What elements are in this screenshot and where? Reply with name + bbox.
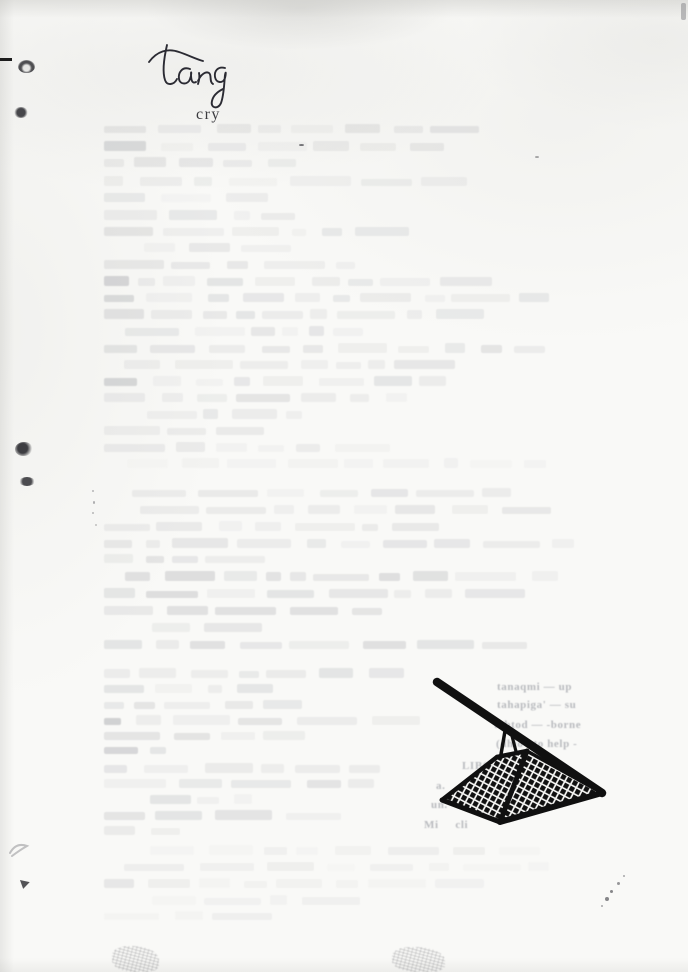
faded-word <box>470 460 512 467</box>
faded-word <box>196 379 222 386</box>
faded-word <box>138 278 155 286</box>
faded-word <box>215 810 273 820</box>
faded-word <box>167 428 206 435</box>
faded-word <box>104 812 145 821</box>
faded-word <box>203 311 226 319</box>
faded-word <box>261 213 295 220</box>
faded-word <box>179 158 213 167</box>
faded-word <box>234 211 250 220</box>
faded-word <box>363 641 405 649</box>
dot-column <box>93 501 95 504</box>
faded-word <box>349 765 380 773</box>
faded-word <box>150 345 195 353</box>
faded-word <box>104 378 137 386</box>
faded-word <box>524 460 546 468</box>
faded-word <box>514 346 545 353</box>
faded-word <box>407 310 421 319</box>
faded-word <box>158 125 201 133</box>
faded-text-line <box>104 442 400 452</box>
faded-word <box>144 243 174 252</box>
faded-word <box>410 143 444 151</box>
faded-word <box>368 360 385 369</box>
faded-word <box>155 811 202 820</box>
faded-text-line <box>104 911 284 920</box>
faded-word <box>148 879 190 888</box>
faded-word <box>236 394 290 402</box>
faded-text-line <box>104 878 495 888</box>
faded-text-line <box>125 326 370 336</box>
faded-word <box>204 898 261 905</box>
faded-word <box>156 640 179 649</box>
faded-word <box>444 458 458 467</box>
faded-word <box>182 458 219 468</box>
faded-word <box>335 444 389 452</box>
faded-word <box>452 505 487 515</box>
faded-word <box>104 606 153 616</box>
faded-word <box>296 444 320 452</box>
faded-word <box>104 345 137 353</box>
faded-word <box>104 718 121 725</box>
faded-word <box>244 881 268 889</box>
faded-word <box>263 731 305 740</box>
faded-word <box>308 505 341 514</box>
faded-word <box>171 262 210 270</box>
faded-word <box>267 862 314 872</box>
faded-word <box>322 228 343 236</box>
faded-text-line <box>104 640 538 649</box>
faded-word <box>172 538 228 548</box>
faded-word <box>104 193 145 202</box>
faded-word <box>255 277 295 286</box>
faded-word <box>290 572 306 581</box>
pen-squiggle <box>8 840 32 858</box>
faded-word <box>368 879 426 889</box>
faded-word <box>369 668 403 678</box>
faded-word <box>104 426 160 435</box>
faded-word <box>297 717 357 725</box>
faded-word <box>319 378 364 386</box>
faded-word <box>360 293 410 303</box>
faded-word <box>371 489 408 497</box>
faded-word <box>258 142 307 151</box>
faded-text-line <box>104 157 303 167</box>
faded-word <box>215 607 276 615</box>
faded-word <box>125 328 180 335</box>
faded-word <box>174 733 209 741</box>
faded-text-line <box>144 243 298 252</box>
faded-word <box>463 864 521 871</box>
faded-word <box>212 913 272 920</box>
faded-word <box>307 780 341 788</box>
faded-word <box>267 590 314 598</box>
faded-text-line <box>124 360 464 369</box>
faded-word <box>258 445 284 452</box>
faded-word <box>310 309 327 319</box>
faded-word <box>274 505 295 514</box>
faded-word <box>104 779 166 787</box>
faded-word <box>421 177 467 186</box>
faded-word <box>134 157 166 167</box>
faded-word <box>336 262 355 269</box>
binding-hole-mark <box>18 60 35 73</box>
faded-word <box>164 702 210 710</box>
faded-word <box>163 228 224 236</box>
faded-word <box>197 394 226 401</box>
faded-word <box>394 590 411 598</box>
faded-word <box>144 765 188 772</box>
faded-word <box>465 589 525 599</box>
faded-text-line <box>140 505 561 515</box>
left-edge-dash <box>0 58 12 61</box>
faded-word <box>216 427 264 435</box>
faded-word <box>327 864 355 871</box>
faded-word <box>236 311 255 319</box>
faded-word <box>229 178 277 185</box>
faded-word <box>482 642 527 650</box>
faded-word <box>333 328 364 335</box>
dot-trail <box>605 897 609 901</box>
faded-word <box>216 443 248 452</box>
faded-word <box>296 847 319 855</box>
faded-word <box>455 572 516 580</box>
faded-word <box>179 779 222 788</box>
faded-word <box>237 684 272 693</box>
faded-text-line <box>104 343 551 353</box>
faded-word <box>124 360 160 369</box>
faded-word <box>348 279 373 286</box>
faded-word <box>383 459 429 468</box>
faded-word <box>203 409 217 419</box>
faded-word <box>104 669 130 678</box>
faded-word <box>312 277 340 285</box>
faded-word <box>395 505 436 515</box>
faded-word <box>173 715 230 725</box>
faded-word <box>207 589 255 598</box>
faded-word <box>162 393 183 402</box>
faded-word <box>124 864 184 872</box>
faded-word <box>362 524 378 531</box>
faded-word <box>481 345 502 353</box>
faded-word <box>146 293 193 303</box>
faded-word <box>161 194 211 202</box>
faded-word <box>290 607 338 615</box>
faded-text-line <box>104 668 415 678</box>
faded-word <box>372 716 420 725</box>
faded-word <box>361 179 412 186</box>
faded-word <box>104 295 134 302</box>
faded-word <box>104 879 134 888</box>
faded-word <box>209 345 245 353</box>
faded-word <box>336 880 357 888</box>
faded-word <box>350 394 369 402</box>
faded-text-line <box>104 810 348 820</box>
faded-word <box>499 847 540 855</box>
faded-word <box>295 765 340 773</box>
faded-word <box>451 294 510 303</box>
faded-word <box>104 393 145 401</box>
faded-word <box>241 245 292 253</box>
faded-text-line <box>152 623 279 633</box>
faded-text-line <box>104 176 475 186</box>
dust-speck <box>535 156 539 158</box>
faded-word <box>419 376 446 386</box>
ink-blot <box>19 477 35 486</box>
faded-word <box>104 540 132 548</box>
faded-text-line <box>125 571 569 581</box>
faded-word <box>224 571 258 581</box>
dot-trail <box>610 890 613 893</box>
faded-word <box>205 556 265 563</box>
faded-word <box>348 779 374 788</box>
faded-text-line <box>104 731 311 740</box>
faded-word <box>532 571 557 581</box>
faded-text-line <box>104 276 505 286</box>
faded-word <box>440 277 492 286</box>
faded-word <box>336 362 361 369</box>
faded-word <box>243 293 284 303</box>
faded-word <box>262 346 291 353</box>
faded-word <box>127 459 168 468</box>
faded-text-line <box>104 227 416 236</box>
faded-word <box>528 862 549 871</box>
faded-word <box>132 490 186 497</box>
scoop-net-illustration <box>418 663 618 848</box>
faded-text-line <box>147 409 312 419</box>
faded-text-line <box>124 862 559 872</box>
faded-text-line <box>104 763 391 773</box>
faded-word <box>303 345 323 353</box>
faded-word <box>150 795 190 804</box>
faded-word <box>175 360 234 368</box>
faded-word <box>436 309 484 319</box>
faded-text-line <box>104 779 388 788</box>
faded-word <box>435 879 484 888</box>
faded-word <box>335 846 372 855</box>
faded-word <box>386 393 408 402</box>
faded-word <box>295 293 320 302</box>
faded-text-line <box>104 260 362 270</box>
bottom-smudge <box>112 946 159 972</box>
faded-text-line <box>104 747 177 754</box>
faded-word <box>370 864 414 871</box>
faded-word <box>429 863 448 871</box>
faded-word <box>152 623 190 632</box>
faded-word <box>337 311 394 319</box>
faded-word <box>104 765 127 772</box>
faded-word <box>163 276 195 286</box>
faded-word <box>394 126 423 134</box>
right-edge-mark <box>681 3 686 20</box>
faded-word <box>104 913 159 920</box>
dot-column <box>92 490 94 492</box>
faded-text-line <box>104 715 431 725</box>
faded-word <box>291 125 333 134</box>
faded-word <box>329 589 388 599</box>
faded-text-line <box>127 458 555 468</box>
faded-word <box>208 685 223 693</box>
faded-word <box>104 176 123 186</box>
faded-word <box>200 863 255 871</box>
faded-word <box>354 505 387 514</box>
faded-word <box>104 309 144 319</box>
faded-word <box>383 540 427 548</box>
faded-text-line <box>104 124 487 133</box>
faded-word <box>258 125 281 133</box>
scanned-document-page: cry tanaqmi — uptahapiga' — sutabtod — -… <box>0 0 688 972</box>
faded-text-line <box>104 826 191 835</box>
faded-word <box>146 591 198 598</box>
faded-text-line <box>104 521 447 531</box>
faded-text-line <box>104 210 302 220</box>
faded-word <box>286 411 302 418</box>
faded-word <box>169 210 217 220</box>
faded-word <box>231 780 291 788</box>
bottom-smudge <box>392 947 445 972</box>
dust-speck <box>299 144 304 146</box>
faded-word <box>136 715 160 725</box>
faded-word <box>552 539 574 548</box>
faded-word <box>151 310 191 319</box>
dot-trail <box>601 905 603 907</box>
faded-word <box>227 459 276 468</box>
faded-word <box>199 878 230 888</box>
faded-word <box>425 589 452 598</box>
faded-word <box>155 684 191 693</box>
faded-text-line <box>104 588 531 598</box>
faded-word <box>104 227 153 236</box>
faded-word <box>333 295 349 302</box>
faded-word <box>221 732 255 740</box>
faded-word <box>288 459 338 468</box>
faded-word <box>374 376 412 386</box>
faded-word <box>445 343 465 353</box>
faded-word <box>195 327 245 335</box>
faded-word <box>434 539 470 548</box>
ink-blot <box>14 107 28 118</box>
faded-word <box>270 895 287 905</box>
faded-text-line <box>104 393 416 402</box>
faded-text-line <box>132 488 528 497</box>
faded-word <box>251 327 276 335</box>
faded-word <box>165 571 215 580</box>
dot-column <box>92 512 94 514</box>
faded-word <box>286 813 342 821</box>
faded-word <box>320 490 358 497</box>
faded-word <box>302 897 360 904</box>
faded-text-line <box>152 895 375 905</box>
faded-word <box>104 588 135 598</box>
faded-word <box>139 668 176 678</box>
faded-word <box>255 522 281 531</box>
faded-word <box>355 227 409 236</box>
faded-word <box>208 294 228 302</box>
faded-word <box>204 623 262 633</box>
faded-word <box>125 572 150 581</box>
faded-text-line <box>104 426 277 435</box>
faded-word <box>134 702 155 709</box>
faded-word <box>264 847 286 855</box>
faded-word <box>104 524 150 532</box>
faded-word <box>226 193 267 202</box>
faded-word <box>104 685 144 693</box>
faded-word <box>104 554 133 563</box>
faded-word <box>240 642 282 650</box>
faded-word <box>104 260 164 270</box>
faded-word <box>425 295 445 303</box>
faded-word <box>413 571 449 581</box>
faded-word <box>307 539 326 548</box>
faded-word <box>394 360 455 369</box>
faded-word <box>104 826 135 835</box>
faded-word <box>140 506 200 514</box>
faded-word <box>519 293 549 302</box>
faded-word <box>264 261 326 269</box>
faded-word <box>430 126 480 134</box>
faded-word <box>266 572 281 580</box>
faded-word <box>153 376 181 386</box>
faded-word <box>290 176 351 186</box>
faded-word <box>176 442 205 452</box>
faded-text-line <box>104 700 311 710</box>
faded-word <box>104 702 124 709</box>
faded-word <box>104 747 138 754</box>
faded-word <box>147 411 197 419</box>
faded-word <box>313 141 348 151</box>
faded-text-line <box>104 606 397 616</box>
faded-text-line <box>104 684 280 693</box>
faded-text-line <box>104 376 459 386</box>
faded-word <box>190 641 225 649</box>
faded-word <box>313 574 370 581</box>
faded-text-line <box>104 293 562 303</box>
faded-word <box>146 556 164 563</box>
faded-word <box>292 229 306 236</box>
faded-word <box>238 718 282 726</box>
faded-word <box>483 541 539 548</box>
faded-word <box>140 177 183 186</box>
faded-word <box>223 160 252 167</box>
faded-word <box>289 641 348 649</box>
faded-word <box>262 311 303 319</box>
faded-word <box>276 879 323 888</box>
faded-word <box>209 845 253 855</box>
faded-word <box>194 177 213 186</box>
faded-word <box>319 668 353 678</box>
faded-word <box>197 797 220 805</box>
faded-word <box>172 556 198 563</box>
faded-word <box>225 701 252 710</box>
dot-trail <box>617 882 620 885</box>
faded-word <box>104 640 142 649</box>
ink-blot <box>15 442 32 456</box>
faded-word <box>205 763 253 773</box>
faded-word <box>239 671 259 678</box>
faded-word <box>482 488 511 497</box>
faded-word <box>104 210 157 220</box>
dot-column <box>95 524 97 526</box>
faded-word <box>104 276 129 286</box>
faded-word <box>207 278 243 286</box>
faded-word <box>352 608 382 616</box>
faded-word <box>392 523 439 531</box>
faded-word <box>104 126 146 133</box>
faded-word <box>502 507 552 515</box>
faded-word <box>379 573 400 580</box>
faded-word <box>167 606 208 616</box>
faded-word <box>263 700 303 710</box>
faded-word <box>104 141 146 151</box>
faded-text-line <box>104 554 281 563</box>
